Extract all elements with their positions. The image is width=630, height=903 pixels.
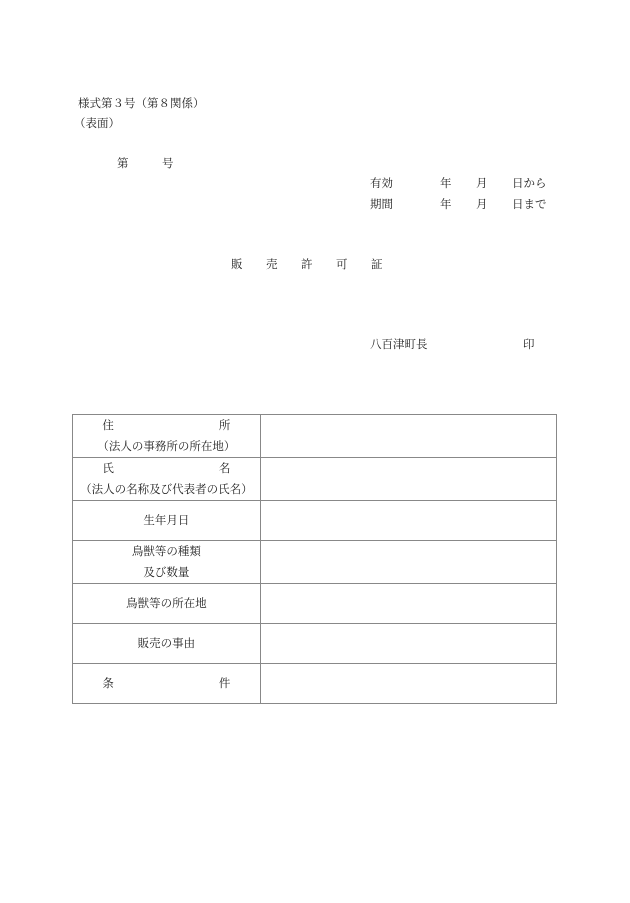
label-text: 及び数量: [73, 562, 260, 583]
label-text: 住: [102, 415, 166, 436]
label-text: 件: [166, 673, 230, 694]
title-char: 可: [336, 259, 371, 271]
issuer-name: 八百津町長: [370, 339, 428, 351]
table-row-location: 鳥獣等の所在地: [73, 584, 557, 624]
validity-row-to: 期間 年 月 日まで: [370, 199, 560, 220]
table-row-birthdate: 生年月日: [73, 501, 557, 541]
table-row-species-quantity: 鳥獣等の種類 及び数量: [73, 541, 557, 584]
validity-year: 年: [440, 178, 452, 190]
row-label: 生年月日: [73, 501, 261, 541]
table-row-conditions: 条件: [73, 664, 557, 704]
table-row-reason: 販売の事由: [73, 624, 557, 664]
table-row-name: 氏名 （法人の名称及び代表者の氏名）: [73, 458, 557, 501]
form-number: 様式第３号（第８関係）: [78, 98, 205, 110]
label-subtext: （法人の事務所の所在地）: [73, 436, 260, 457]
validity-month: 月: [476, 178, 488, 190]
validity-label: 期間: [370, 199, 393, 211]
document-title: 販売許可証: [231, 259, 406, 271]
form-side-label: （表面）: [74, 118, 120, 130]
conditions-field[interactable]: [260, 664, 556, 704]
row-label: 販売の事由: [73, 624, 261, 664]
label-text: 条: [102, 673, 166, 694]
validity-year: 年: [440, 199, 452, 211]
species-quantity-field[interactable]: [260, 541, 556, 584]
permit-details-table: 住所 （法人の事務所の所在地） 氏名 （法人の名称及び代表者の氏名） 生年月日 …: [72, 414, 557, 704]
row-label: 住所 （法人の事務所の所在地）: [73, 415, 261, 458]
title-char: 証: [371, 259, 406, 271]
validity-day: 日から: [512, 178, 547, 190]
title-char: 売: [266, 259, 301, 271]
validity-label: 有効: [370, 178, 393, 190]
address-field[interactable]: [260, 415, 556, 458]
number-label: 第: [117, 158, 129, 170]
birthdate-field[interactable]: [260, 501, 556, 541]
label-text: 氏: [102, 458, 166, 479]
location-field[interactable]: [260, 584, 556, 624]
label-text: 所: [166, 415, 230, 436]
row-label: 氏名 （法人の名称及び代表者の氏名）: [73, 458, 261, 501]
table-row-address: 住所 （法人の事務所の所在地）: [73, 415, 557, 458]
name-field[interactable]: [260, 458, 556, 501]
validity-day: 日まで: [512, 199, 547, 211]
validity-month: 月: [476, 199, 488, 211]
title-char: 許: [301, 259, 336, 271]
validity-period: 有効 年 月 日から 期間 年 月 日まで: [370, 178, 560, 220]
title-char: 販: [231, 259, 266, 271]
seal-mark: 印: [523, 339, 535, 351]
label-text: 名: [166, 458, 230, 479]
label-text: 鳥獣等の種類: [73, 541, 260, 562]
reason-field[interactable]: [260, 624, 556, 664]
row-label: 鳥獣等の種類 及び数量: [73, 541, 261, 584]
validity-row-from: 有効 年 月 日から: [370, 178, 560, 199]
number-suffix: 号: [162, 158, 174, 170]
label-subtext: （法人の名称及び代表者の氏名）: [73, 479, 260, 500]
row-label: 鳥獣等の所在地: [73, 584, 261, 624]
row-label: 条件: [73, 664, 261, 704]
